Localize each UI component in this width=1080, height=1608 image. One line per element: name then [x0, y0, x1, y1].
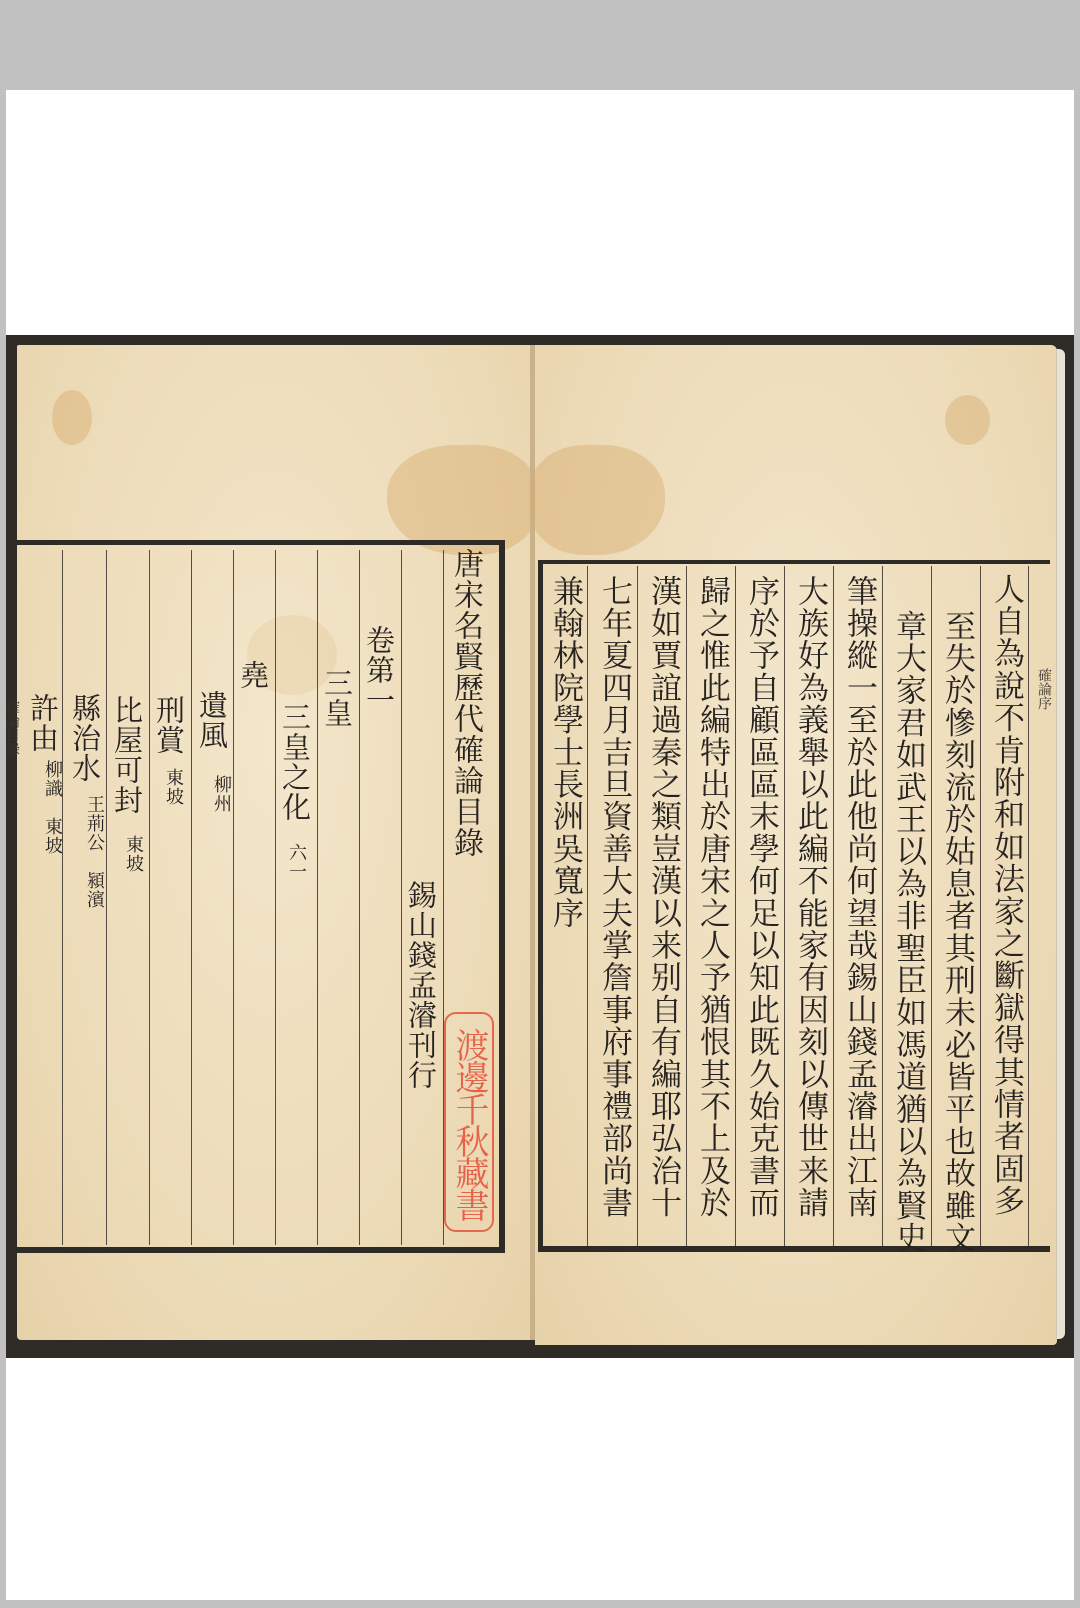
- toc-entry: 刑賞: [154, 695, 183, 755]
- column-rule: [1028, 566, 1029, 1246]
- column-rule: [149, 550, 150, 1245]
- toc-entry-author: 六一: [287, 843, 305, 881]
- preface-column: 人自為說不肯附和如法家之斷獄得其情者固多: [990, 573, 1021, 1217]
- column-rule: [931, 566, 932, 1246]
- margin-label-left: 確論目錄: [2, 700, 22, 756]
- preface-column: 筆操縱一至於此他尚何望哉錫山錢孟濬出江南: [843, 575, 874, 1219]
- preface-column: 大族好為義舉以此編不能家有因刻以傳世来請: [794, 575, 825, 1219]
- margin-label-right: 確論序: [1034, 668, 1054, 710]
- toc-entry: 許由: [28, 693, 57, 753]
- column-rule: [106, 550, 107, 1245]
- column-rule: [275, 550, 276, 1245]
- preface-column: 歸之惟此編特出於唐宋之人予猶恨其不上及於: [696, 575, 727, 1219]
- column-rule: [191, 550, 192, 1245]
- stain: [387, 445, 537, 555]
- toc-entry-author: 王荊公 潁濱: [85, 795, 103, 985]
- column-rule: [882, 566, 883, 1246]
- preface-column: 序於予自顧區區末學何足以知此既久始克書而: [745, 575, 776, 1219]
- preface-column: 七年夏四月吉旦資善大夫掌詹事府事禮部尚書: [598, 575, 629, 1219]
- column-rule: [637, 566, 638, 1246]
- preface-column: 至失於慘刻流於姑息者其刑未必皆平也故雖文: [941, 610, 972, 1254]
- toc-entry: 遺風: [197, 690, 226, 750]
- column-rule: [980, 566, 981, 1246]
- column-rule: [401, 550, 402, 1245]
- toc-entry: 堯: [238, 660, 267, 690]
- column-rule: [833, 566, 834, 1246]
- compiler-line: 錫山錢孟濬刊行: [406, 880, 435, 1090]
- toc-entry: 縣治水: [70, 693, 99, 783]
- toc-entry-author: 柳識 東坡: [43, 760, 61, 930]
- stain: [945, 395, 990, 445]
- stain: [530, 445, 665, 555]
- column-rule: [62, 550, 63, 1245]
- preface-column: 兼翰林院學士長洲吳寬序: [549, 575, 580, 929]
- toc-entry: 三皇: [322, 668, 351, 728]
- column-rule: [784, 566, 785, 1246]
- preface-column: 漢如賈誼過秦之類豈漢以来别自有編耶弘治十: [647, 575, 678, 1219]
- toc-entry-author: 東坡: [164, 768, 182, 806]
- column-rule: [359, 550, 360, 1245]
- column-rule: [233, 550, 234, 1245]
- collector-seal: 渡邊千秋藏書: [444, 1012, 494, 1232]
- toc-entry-author: 柳州: [212, 775, 230, 813]
- toc-entry-author: 東坡: [124, 835, 142, 873]
- toc-title: 唐宋名賢歷代確論目錄: [450, 548, 480, 858]
- toc-volume-heading: 卷第一: [364, 625, 393, 715]
- toc-entry: 比屋可封: [112, 695, 141, 815]
- column-rule: [587, 566, 588, 1246]
- column-rule: [686, 566, 687, 1246]
- stain: [52, 390, 92, 445]
- toc-entry: 三皇之化: [280, 702, 309, 822]
- column-rule: [317, 550, 318, 1245]
- preface-column: 章大家君如武王以為非聖臣如馮道猶以為賢史: [892, 610, 923, 1254]
- column-rule: [735, 566, 736, 1246]
